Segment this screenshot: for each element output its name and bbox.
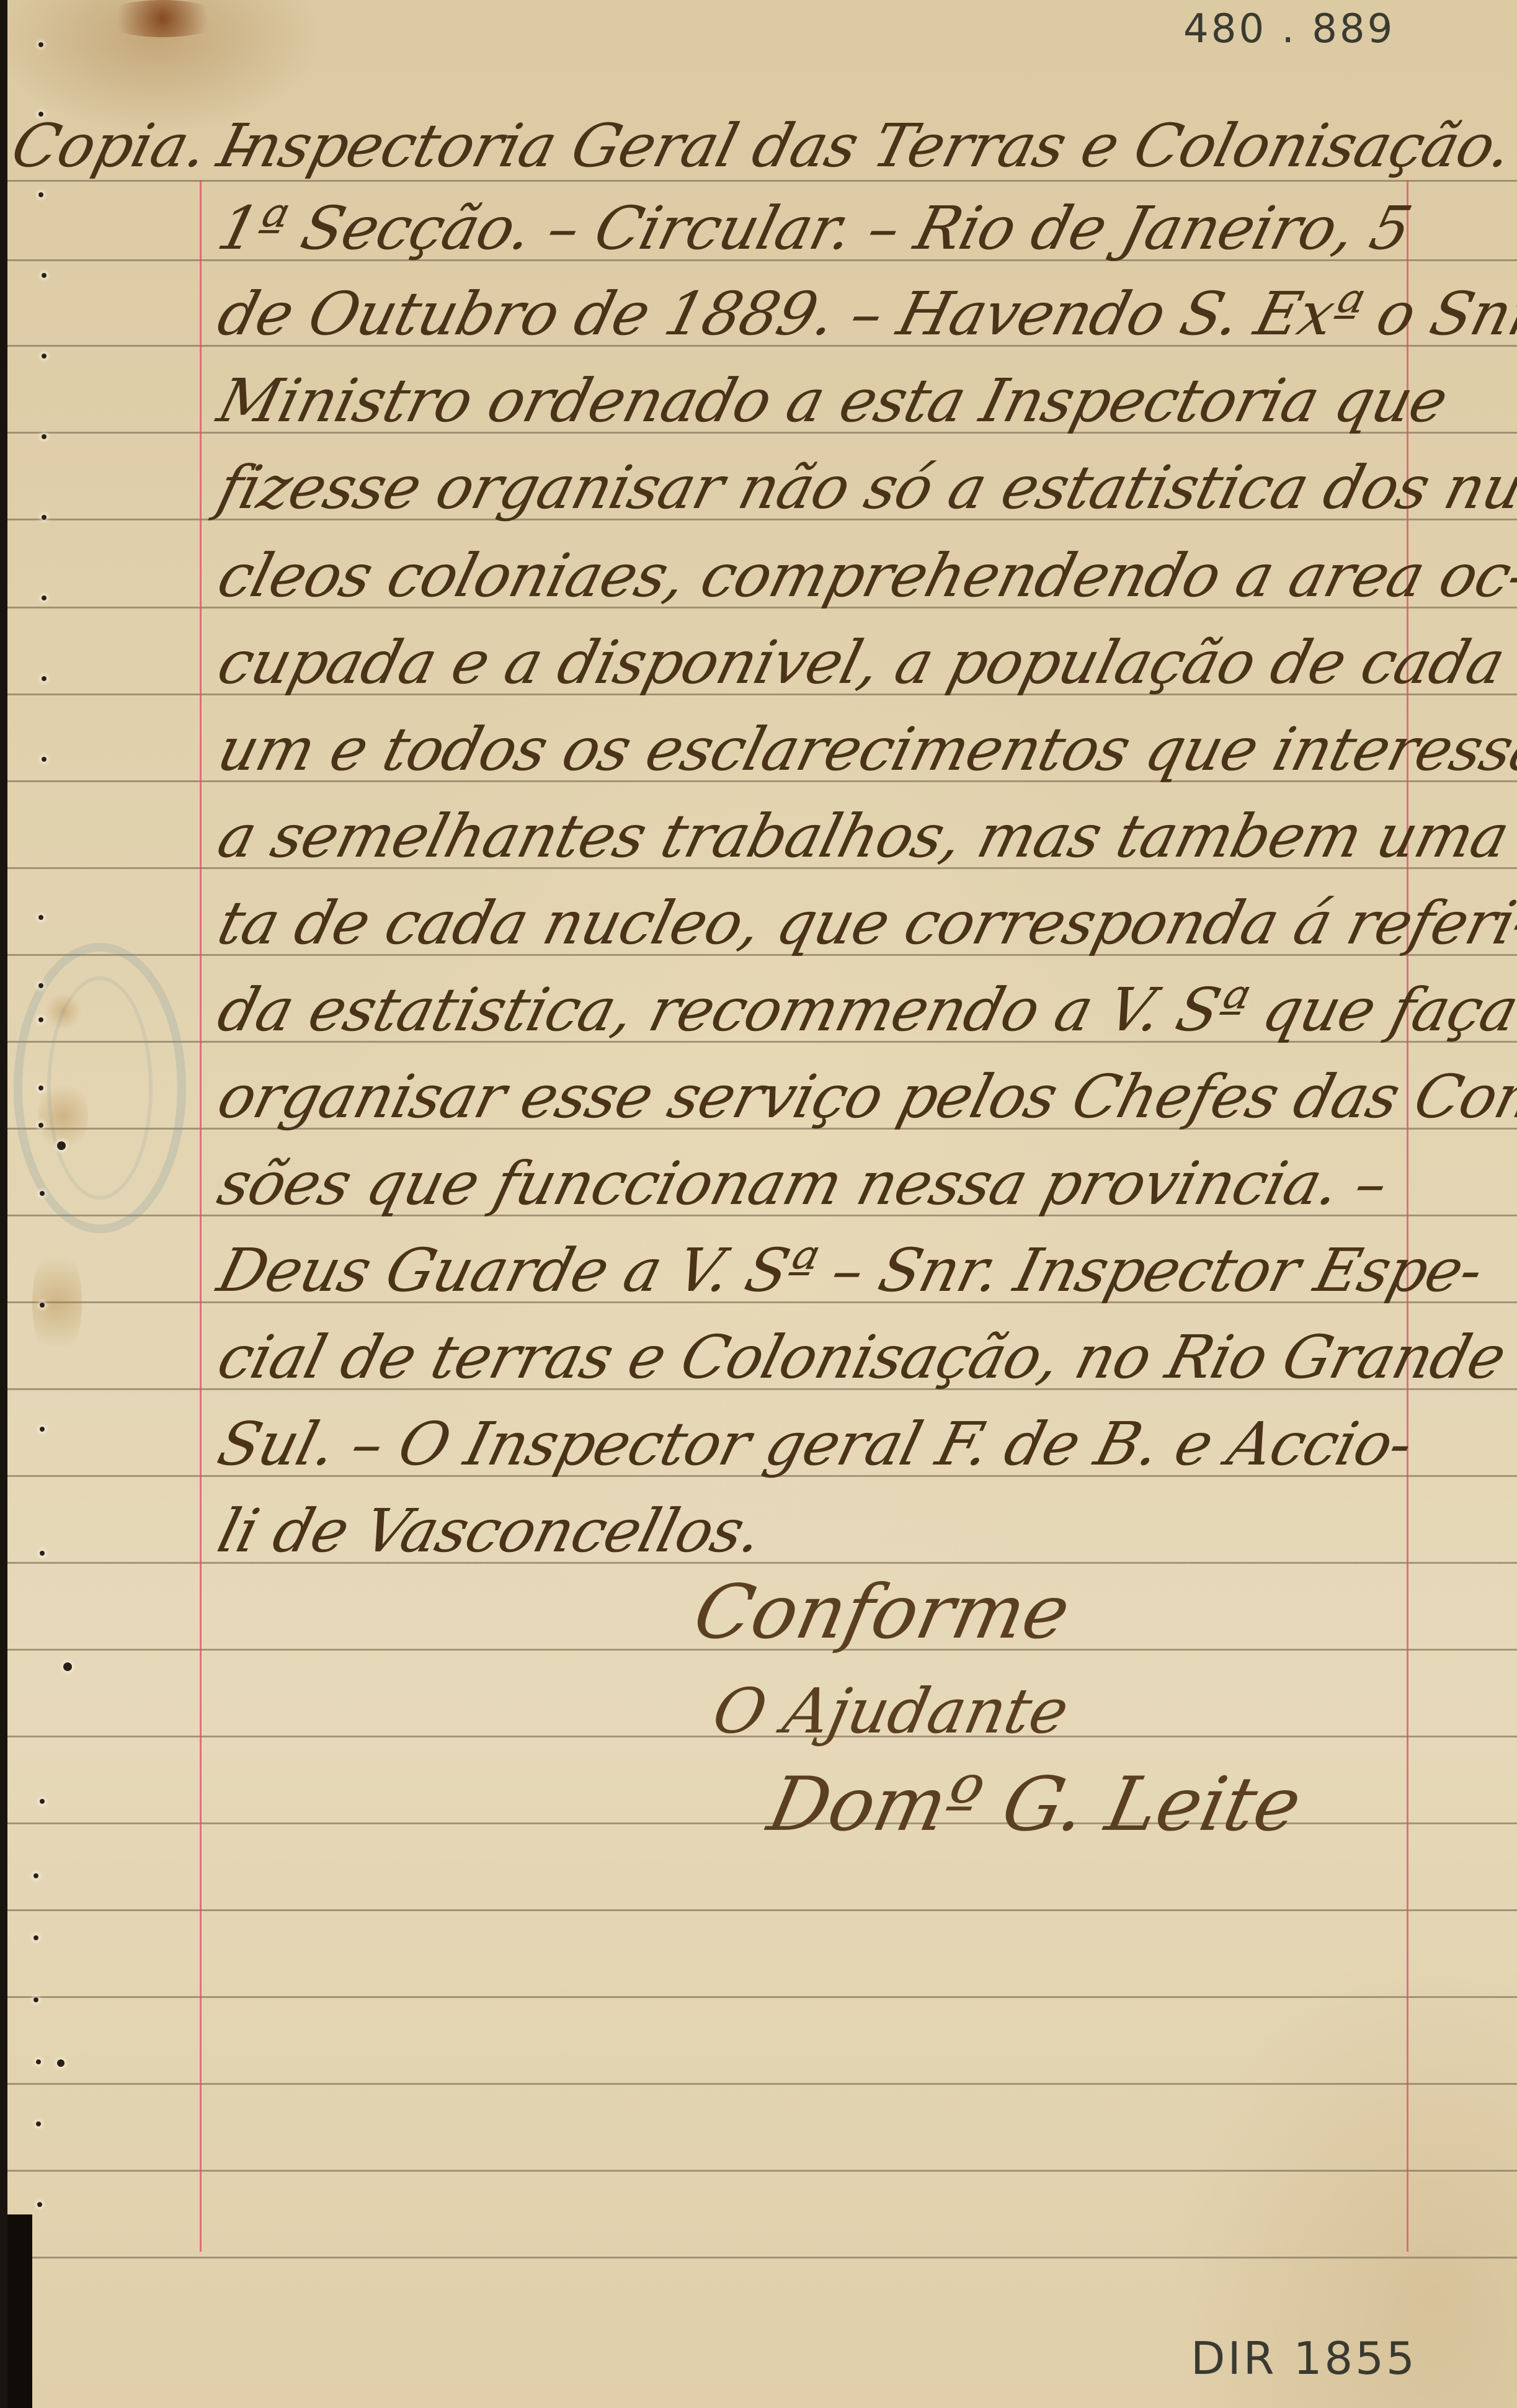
ruled-line (7, 2170, 1517, 2172)
left-red-margin (200, 180, 202, 2252)
binding-hole (33, 1997, 38, 2002)
text-line-12: organisar esse serviço pelos Chefes das … (212, 1066, 1431, 1128)
binding-hole (42, 434, 47, 439)
binding-hole (42, 354, 47, 359)
binding-hole (42, 676, 47, 681)
text-line-10: ta de cada nucleo, que corresponda á ref… (212, 892, 1431, 954)
text-line-13: sões que funccionam nessa provincia. – (212, 1153, 1431, 1215)
binding-hole (38, 1086, 43, 1090)
binding-hole (57, 1141, 66, 1150)
binding-hole (38, 192, 43, 197)
text-line-5: fizesse organisar não só a estatistica d… (212, 457, 1431, 519)
ruled-line (7, 1909, 1517, 1911)
text-line-14: Deus Guarde a V. Sª – Snr. Inspector Esp… (212, 1239, 1431, 1301)
binding-hole (38, 1123, 43, 1128)
binding-hole (38, 915, 43, 920)
binding-hole (40, 1551, 45, 1556)
manuscript-page: 480 . 889 DIR 1855 Copia. – Inspectoria … (7, 0, 1517, 2408)
binding-hole (38, 1017, 43, 1022)
binding-hole (33, 1873, 38, 1878)
torn-edge (7, 2214, 32, 2408)
binding-hole (37, 2202, 42, 2207)
text-line-2: 1ª Secção. – Circular. – Rio de Janeiro,… (212, 197, 1431, 259)
stain (32, 1241, 82, 1365)
binding-hole (40, 1427, 45, 1432)
text-line-7: cupada e a disponivel, a população de ca… (212, 631, 1431, 693)
text-line-6: cleos coloniaes, comprehendendo a area o… (212, 545, 1431, 607)
binding-hole (40, 1303, 45, 1308)
text-line-8: um e todos os esclarecimentos que intere… (212, 718, 1431, 780)
binding-hole (36, 2121, 41, 2126)
text-line-16: Sul. – O Inspector geral F. de B. e Acci… (212, 1413, 1431, 1475)
text-line-9: a semelhantes trabalhos, mas tambem uma … (212, 805, 1431, 867)
archive-number-top: 480 . 889 (1183, 6, 1395, 52)
binding-hole (38, 983, 43, 988)
binding-hole (42, 273, 47, 278)
binding-hole (36, 2059, 41, 2064)
binding-hole (63, 1662, 72, 1671)
text-line-3: de Outubro de 1889. – Havendo S. Exª o S… (212, 283, 1431, 345)
signature: Domº G. Leite (761, 1762, 1309, 1848)
binding-hole (38, 42, 43, 47)
binding-hole (42, 757, 47, 762)
stamp-inner-ring (47, 976, 153, 1200)
ruled-line (7, 2257, 1517, 2259)
text-line-11: da estatistica, recommendo a V. Sª que f… (212, 979, 1431, 1041)
archive-number-bottom: DIR 1855 (1191, 2332, 1417, 2384)
binding-hole (40, 1191, 45, 1196)
text-line-17: li de Vasconcellos. (212, 1500, 1431, 1562)
ruled-line (7, 2083, 1517, 2085)
binding-hole (42, 515, 47, 520)
closing-title-ajudante: O Ajudante (707, 1675, 1075, 1747)
stain (100, 0, 225, 37)
ruled-line (7, 1996, 1517, 1998)
text-line-1: Inspectoria Geral das Terras e Colonisaç… (212, 115, 1431, 177)
text-line-15: cial de terras e Colonisação, no Rio Gra… (212, 1326, 1431, 1388)
binding-hole (40, 1799, 45, 1804)
binding-hole (33, 1935, 38, 1940)
text-line-4: Ministro ordenado a esta Inspectoria que (212, 370, 1431, 432)
binding-hole (42, 595, 47, 600)
binding-hole (57, 2059, 65, 2067)
closing-conforme: Conforme (687, 1569, 1077, 1656)
